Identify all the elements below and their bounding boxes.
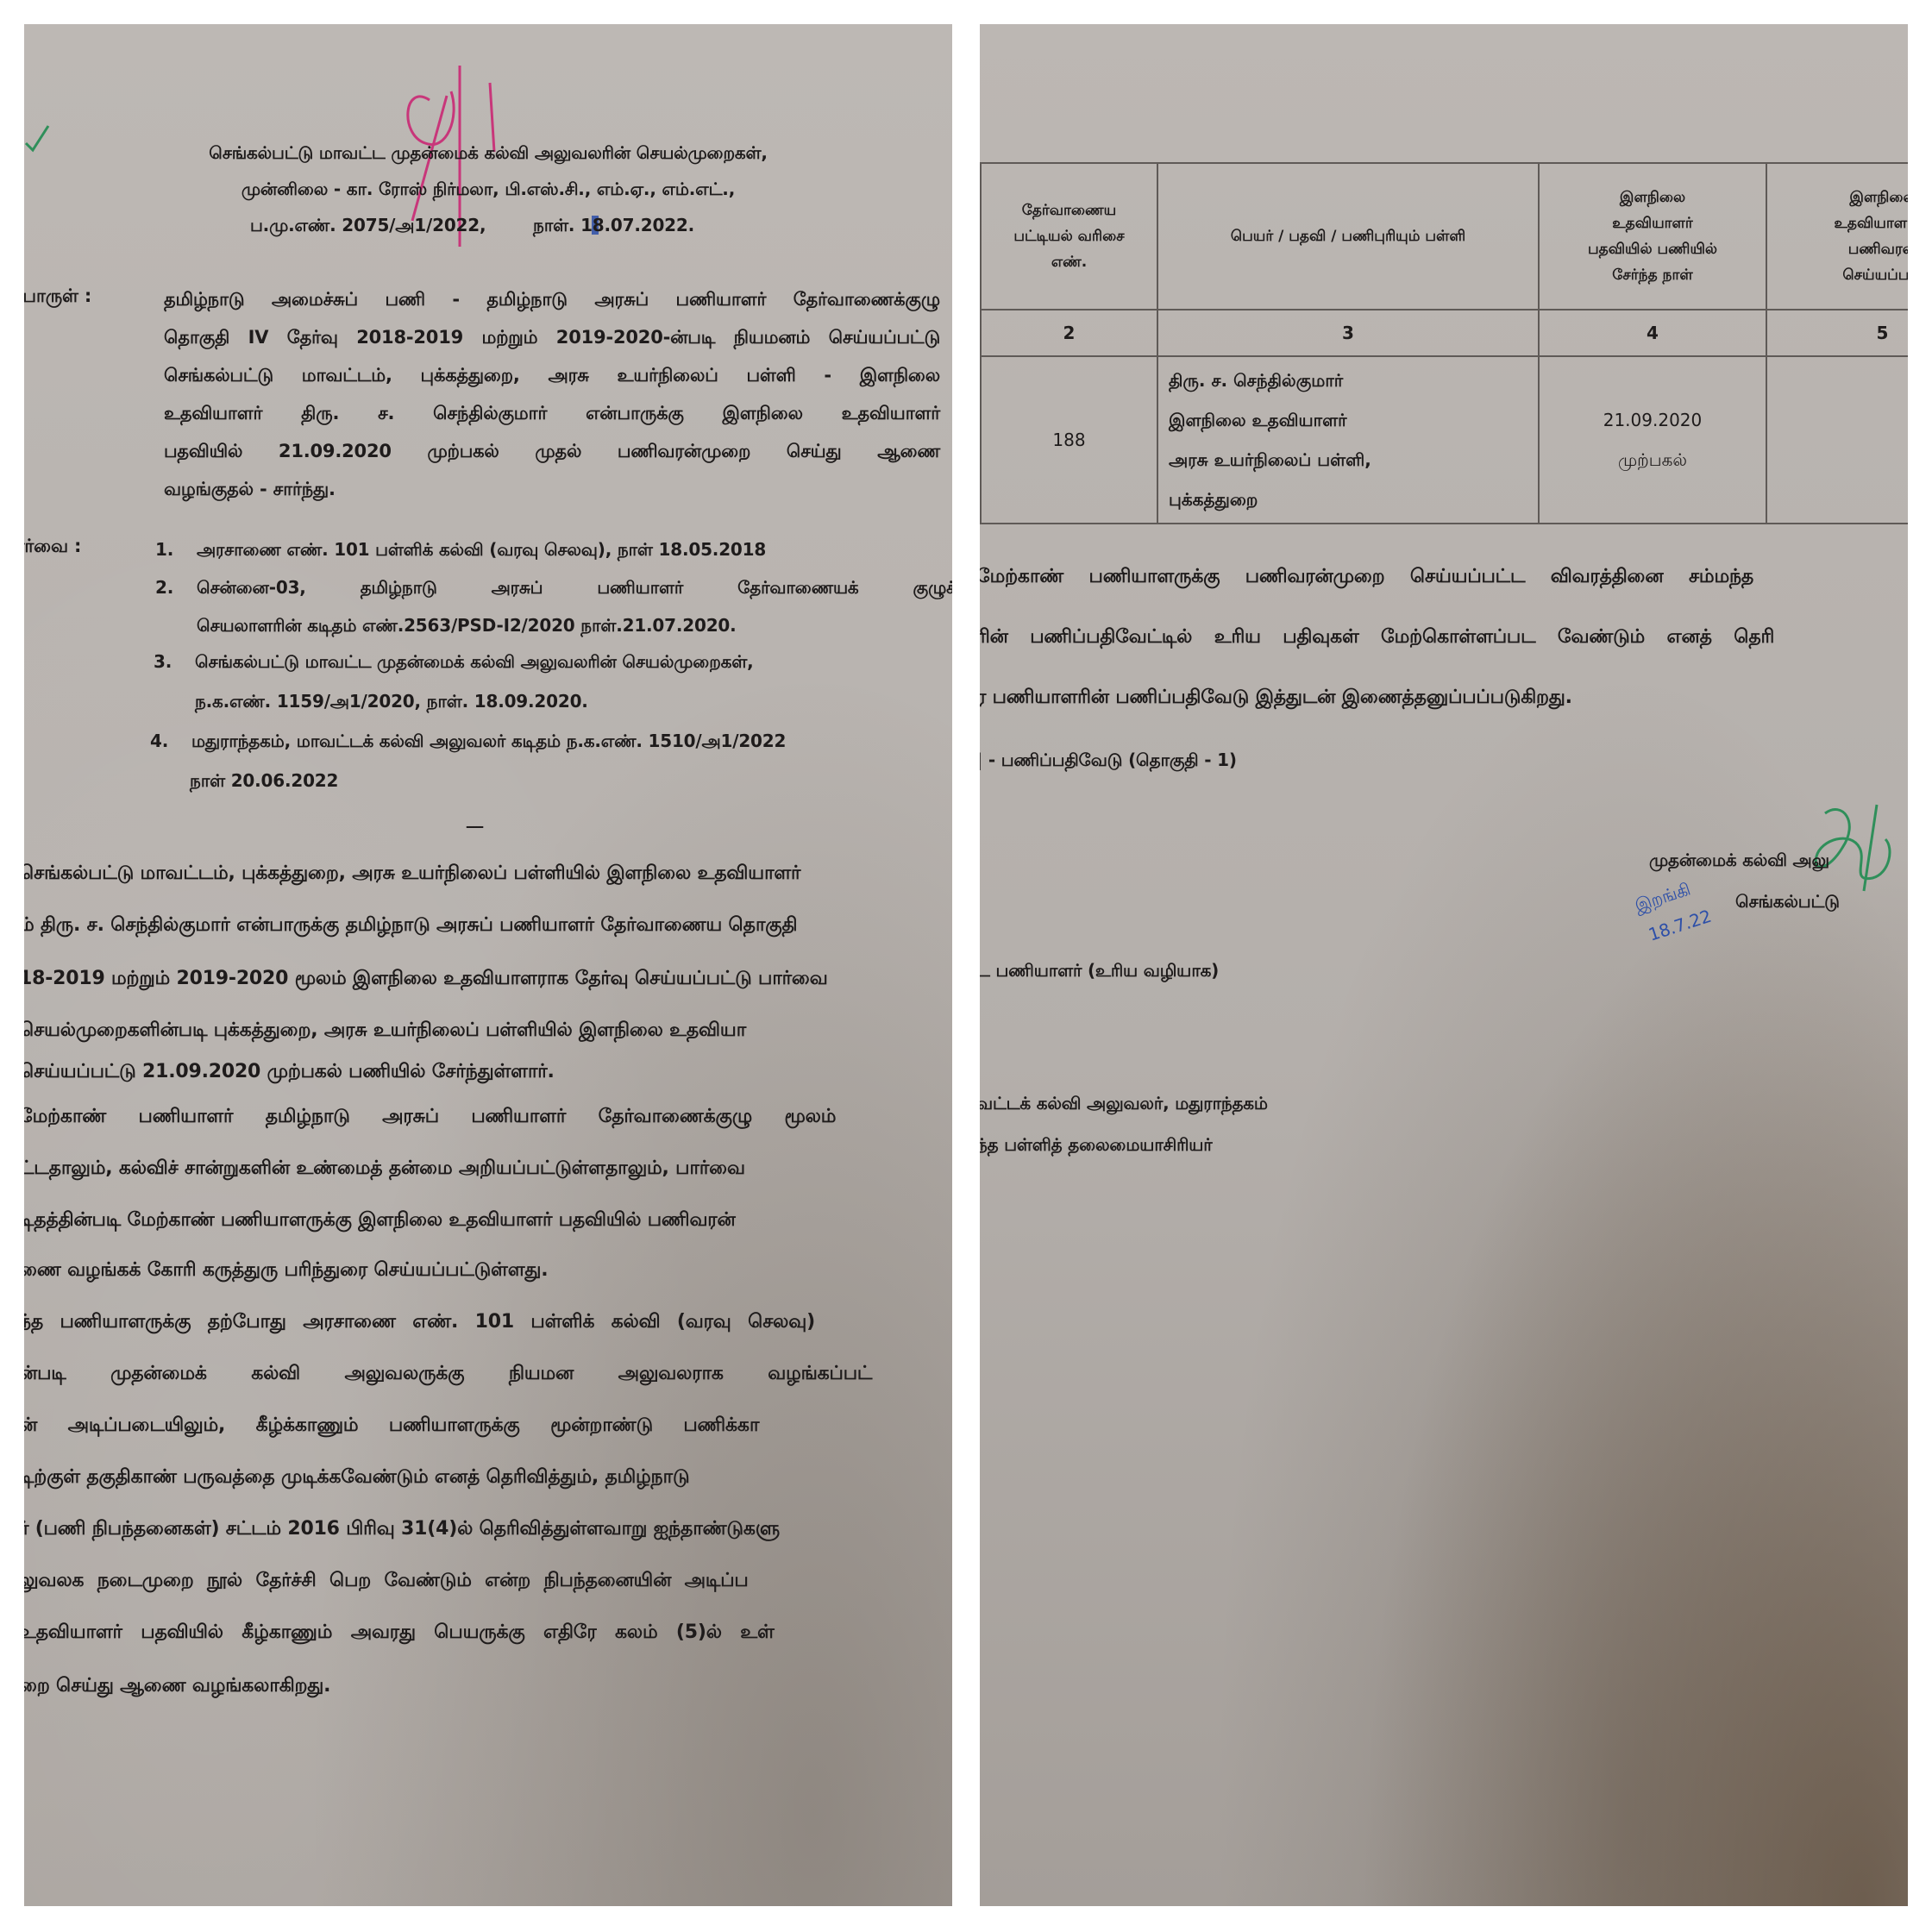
column-number: 3 <box>1157 310 1539 356</box>
body-line: 18-2019 மற்றும் 2019-2020 மூலம் இளநிலை உ… <box>24 968 828 990</box>
body-line: ர பணியாளரின் பணிப்பதிவேடு இத்துடன் இணைத்… <box>980 687 1572 709</box>
joining-date-cell: 21.09.2020 முற்பகல் <box>1539 356 1766 524</box>
body-line: ரின் பணிப்பதிவேட்டில் உரிய பதிவுகள் மேற்… <box>980 626 1774 649</box>
section-divider: ----- <box>466 816 482 838</box>
presence-line: முன்னிலை - கா. ரோஸ் நிர்மலா, பி.எஸ்.சி.,… <box>24 178 952 200</box>
reference-item: ந.க.எண். 1159/அ1/2020, நாள். 18.09.2020. <box>195 690 588 712</box>
column-number: 2 <box>981 310 1157 356</box>
body-line: ந்த பணியாளருக்கு தற்போது அரசாணை எண். 101… <box>24 1311 815 1333</box>
reference-number-4: 4. <box>150 730 168 752</box>
employee-details-cell: திரு. ச. செந்தில்குமார் இளநிலை உதவியாளர்… <box>1157 356 1539 524</box>
reference-number: ப.மு.எண். 2075/அ1/2022, <box>250 214 486 236</box>
regularisation-date-cell: 21.09.20 முற்பக <box>1766 356 1908 524</box>
body-line: ர் (பணி நிபந்தனைகள்) சட்டம் 2016 பிரிவு … <box>24 1518 780 1540</box>
body-line: மேற்காண் பணியாளருக்கு பணிவரன்முறை செய்யப… <box>980 566 1753 588</box>
document-date: நாள். 18.07.2022. <box>533 214 694 236</box>
column-header-serial: தேர்வாணைய பட்டியல் வரிசை எண். <box>981 163 1157 310</box>
body-line: செயல்முறைகளின்படி புக்கத்துறை, அரசு உயர்… <box>24 1019 746 1042</box>
column-header-name-post-school: பெயர் / பதவி / பணிபுரியும் பள்ளி <box>1157 163 1539 310</box>
proceedings-title: செங்கல்பட்டு மாவட்ட முதன்மைக் கல்வி அலுவ… <box>24 141 952 164</box>
table-header-row: தேர்வாணைய பட்டியல் வரிசை எண். பெயர் / பத… <box>981 163 1908 310</box>
subject-line: செங்கல்பட்டு மாவட்டம், புக்கத்துறை, அரசு… <box>164 364 940 386</box>
green-signature-icon <box>1791 796 1908 900</box>
column-header-regularisation-date: இளநிலை உதவியாளர் ப பணிவரன் செய்யப்படு <box>1766 163 1908 310</box>
body-line: செங்கல்பட்டு மாவட்டம், புக்கத்துறை, அரசு… <box>24 862 800 885</box>
copy-to-item: ந்த பள்ளித் தலைமையாசிரியர் <box>980 1133 1212 1156</box>
regularisation-table: தேர்வாணைய பட்டியல் வரிசை எண். பெயர் / பத… <box>980 162 1908 524</box>
signatory-title: முதன்மைக் கல்வி அலு <box>1649 849 1829 871</box>
body-line: உதவியாளர் பதவியில் கீழ்காணும் அவரது பெயர… <box>24 1621 775 1644</box>
body-line: ம் திரு. ச. செந்தில்குமார் என்பாருக்கு த… <box>24 914 797 937</box>
reference-number-2: 2. <box>155 576 173 599</box>
reference-item: சென்னை-03, தமிழ்நாடு அரசுப் பணியாளர் தேர… <box>197 576 952 599</box>
subject-line: தொகுதி IV தேர்வு 2018-2019 மற்றும் 2019-… <box>164 326 940 348</box>
body-line: லுவலக நடைமுறை நூல் தேர்ச்சி பெற வேண்டும்… <box>24 1570 749 1592</box>
body-line: ட்டதாலும், கல்விச் சான்றுகளின் உண்மைத் த… <box>24 1157 745 1180</box>
serial-number-cell: 188 <box>981 356 1157 524</box>
body-line: செய்யப்பட்டு 21.09.2020 முற்பகல் பணியில்… <box>24 1061 555 1083</box>
reference-item: நாள் 20.06.2022 <box>190 769 338 792</box>
reference-item: செங்கல்பட்டு மாவட்ட முதன்மைக் கல்வி அலுவ… <box>195 650 753 673</box>
column-header-joining-date: இளநிலை உதவியாளர் பதவியில் பணியில் சேர்ந்… <box>1539 163 1766 310</box>
column-number-row: 2 3 4 5 <box>981 310 1908 356</box>
subject-line: தமிழ்நாடு அமைச்சுப் பணி - தமிழ்நாடு அரசு… <box>164 288 940 310</box>
signatory-place: செங்கல்பட்டு <box>1735 890 1840 913</box>
column-number: 5 <box>1766 310 1908 356</box>
body-line: ன் அடிப்படையிலும், கீழ்க்காணும் பணியாளரு… <box>24 1414 759 1437</box>
body-line: மேற்காண் பணியாளர் தமிழ்நாடு அரசுப் பணியா… <box>24 1106 836 1128</box>
table-row: 188 திரு. ச. செந்தில்குமார் இளநிலை உதவிய… <box>981 356 1908 524</box>
addressee-line: ட பணியாளர் (உரிய வழியாக) <box>980 959 1219 982</box>
references-label: பார்வை : <box>24 535 81 557</box>
enclosure-line: | - பணிப்பதிவேடு (தொகுதி - 1) <box>980 749 1237 771</box>
body-line: ன்படி முதன்மைக் கல்வி அலுவலருக்கு நியமன … <box>24 1363 872 1385</box>
subject-line: பதவியில் 21.09.2020 முற்பகல் முதல் பணிவர… <box>164 440 940 462</box>
body-line: டிதத்தின்படி மேற்காண் பணியாளருக்கு இளநில… <box>24 1209 736 1232</box>
reference-number-1: 1. <box>155 538 173 561</box>
right-document-page: தேர்வாணைய பட்டியல் வரிசை எண். பெயர் / பத… <box>980 24 1908 1906</box>
copy-to-item: வட்டக் கல்வி அலுவலர், மதுராந்தகம் <box>980 1092 1268 1114</box>
handwritten-note: இறங்கி <box>1632 878 1693 917</box>
column-number: 4 <box>1539 310 1766 356</box>
reference-item: அரசாணை எண். 101 பள்ளிக் கல்வி (வரவு செலவ… <box>197 538 766 561</box>
subject-line: வழங்குதல் - சார்ந்து. <box>164 478 336 500</box>
reference-item: செயலாளரின் கடிதம் எண்.2563/PSD-I2/2020 ந… <box>197 614 737 637</box>
subject-line: உதவியாளர் திரு. ச. செந்தில்குமார் என்பார… <box>164 402 940 424</box>
reference-item: மதுராந்தகம், மாவட்டக் கல்வி அலுவலர் கடித… <box>191 730 786 752</box>
left-document-page: செங்கல்பட்டு மாவட்ட முதன்மைக் கல்வி அலுவ… <box>24 24 952 1906</box>
body-line: றை செய்து ஆணை வழங்கலாகிறது. <box>24 1675 330 1697</box>
body-line: டிற்குள் தகுதிகாண் பருவத்தை முடிக்கவேண்ட… <box>24 1466 689 1489</box>
body-line: ணை வழங்கக் கோரி கருத்துரு பரிந்துரை செய்… <box>24 1259 548 1282</box>
reference-number-3: 3. <box>154 650 172 673</box>
subject-label: பொருள் : <box>24 285 91 307</box>
